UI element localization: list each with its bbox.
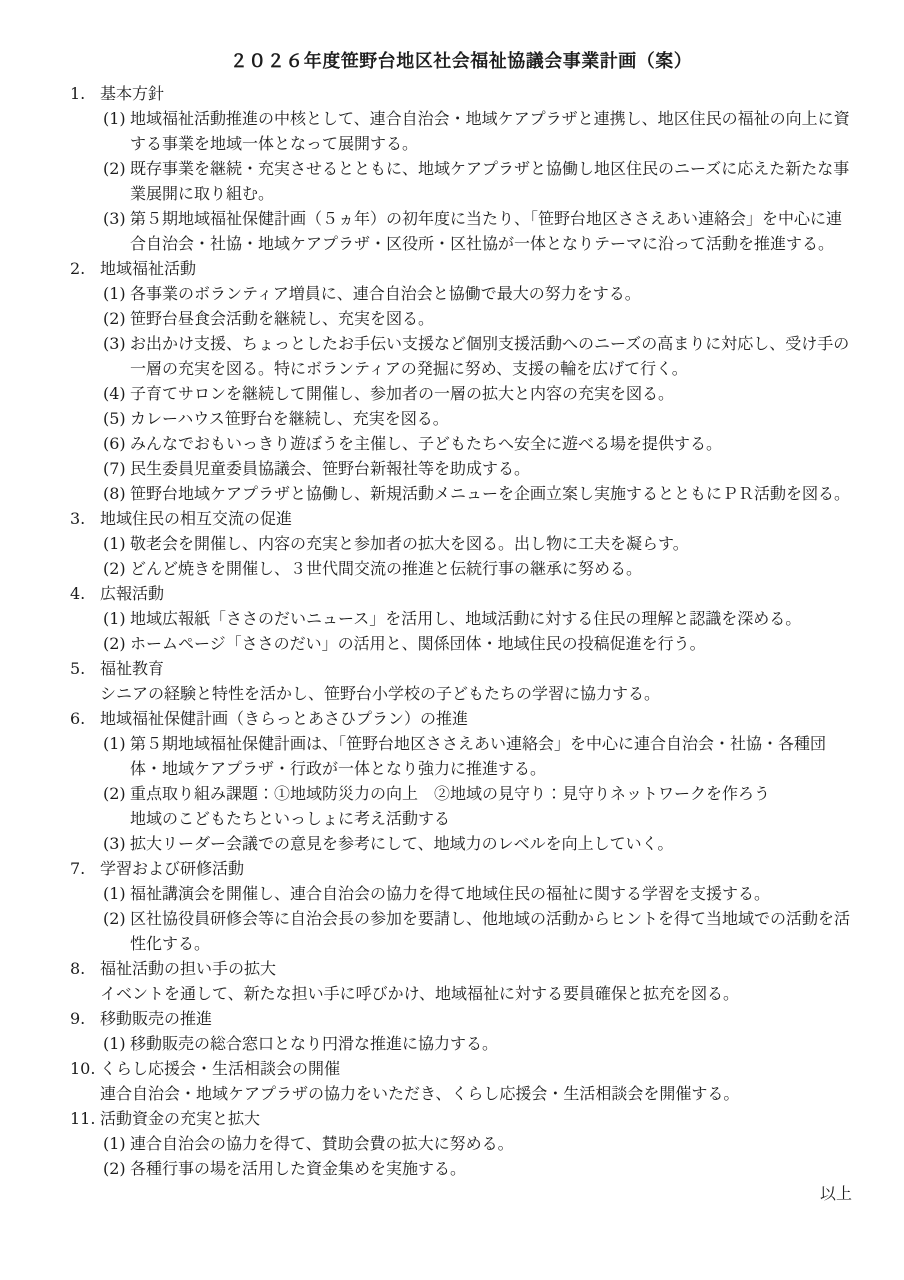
section-number: 11. — [70, 1106, 100, 1131]
section-number: 3. — [70, 506, 100, 531]
section-heading: 地域福祉保健計画（きらっとあさひプラン）の推進 — [100, 706, 852, 731]
item-text: 福祉講演会を開催し、連合自治会の協力を得て地域住民の福祉に関する学習を支援する。 — [130, 881, 852, 906]
item-label: (1) — [103, 1131, 130, 1156]
item-text: 重点取り組み課題：①地域防災力の向上 ②地域の見守り：見守りネットワークを作ろう… — [130, 781, 852, 831]
section-item: (8) 笹野台地域ケアプラザと協働し、新規活動メニューを企画立案し実施するととも… — [70, 481, 852, 506]
section-heading: 広報活動 — [100, 581, 852, 606]
item-label: (1) — [103, 606, 130, 631]
item-text: 敬老会を開催し、内容の充実と参加者の拡大を図る。出し物に工夫を凝らす。 — [130, 531, 852, 556]
section-10: 10. くらし応援会・生活相談会の開催 連合自治会・地域ケアプラザの協力をいただ… — [70, 1056, 852, 1106]
section-item: (2) 既存事業を継続・充実させるとともに、地域ケアプラザと協働し地区住民のニー… — [70, 156, 852, 206]
item-text: ホームページ「ささのだい」の活用と、関係団体・地域住民の投稿促進を行う。 — [130, 631, 852, 656]
item-label: (4) — [103, 381, 130, 406]
item-text: 拡大リーダー会議での意見を参考にして、地域力のレベルを向上していく。 — [130, 831, 852, 856]
section-heading: 学習および研修活動 — [100, 856, 852, 881]
section-number: 7. — [70, 856, 100, 881]
item-label: (1) — [103, 531, 130, 556]
section-11: 11. 活動資金の充実と拡大 (1) 連合自治会の協力を得て、賛助会費の拡大に努… — [70, 1106, 852, 1181]
item-label: (2) — [103, 156, 130, 206]
section-heading-row: 7. 学習および研修活動 — [70, 856, 852, 881]
item-text: お出かけ支援、ちょっとしたお手伝い支援など個別支援活動へのニーズの高まりに対応し… — [130, 331, 852, 381]
item-text: どんど焼きを開催し、３世代間交流の推進と伝統行事の継承に努める。 — [130, 556, 852, 581]
item-label: (3) — [103, 831, 130, 856]
section-number: 8. — [70, 956, 100, 981]
item-label: (1) — [103, 106, 130, 156]
section-item: (1) 地域広報紙「ささのだいニュース」を活用し、地域活動に対する住民の理解と認… — [70, 606, 852, 631]
item-text: 子育てサロンを継続して開催し、参加者の一層の拡大と内容の充実を図る。 — [130, 381, 852, 406]
item-label: (6) — [103, 431, 130, 456]
item-label: (2) — [103, 906, 130, 956]
document-content: ２０２６年度笹野台地区社会福祉協議会事業計画（案） 1. 基本方針 (1) 地域… — [0, 0, 904, 1206]
item-label: (2) — [103, 781, 130, 831]
item-label: (1) — [103, 1031, 130, 1056]
section-item: (2) 重点取り組み課題：①地域防災力の向上 ②地域の見守り：見守りネットワーク… — [70, 781, 852, 831]
section-5: 5. 福祉教育 シニアの経験と特性を活かし、笹野台小学校の子どもたちの学習に協力… — [70, 656, 852, 706]
section-heading-row: 6. 地域福祉保健計画（きらっとあさひプラン）の推進 — [70, 706, 852, 731]
item-text: カレーハウス笹野台を継続し、充実を図る。 — [130, 406, 852, 431]
section-item: (7) 民生委員児童委員協議会、笹野台新報社等を助成する。 — [70, 456, 852, 481]
closing-text: 以上 — [70, 1181, 852, 1206]
section-item: (3) 第５期地域福祉保健計画（５ヵ年）の初年度に当たり、「笹野台地区ささえあい… — [70, 206, 852, 256]
section-item: (3) お出かけ支援、ちょっとしたお手伝い支援など個別支援活動へのニーズの高まり… — [70, 331, 852, 381]
section-item: (1) 福祉講演会を開催し、連合自治会の協力を得て地域住民の福祉に関する学習を支… — [70, 881, 852, 906]
item-text: 民生委員児童委員協議会、笹野台新報社等を助成する。 — [130, 456, 852, 481]
section-number: 2. — [70, 256, 100, 281]
section-heading: 基本方針 — [100, 81, 852, 106]
item-label: (2) — [103, 306, 130, 331]
item-text: 第５期地域福祉保健計画（５ヵ年）の初年度に当たり、「笹野台地区ささえあい連絡会」… — [130, 206, 852, 256]
section-item: (2) 各種行事の場を活用した資金集めを実施する。 — [70, 1156, 852, 1181]
item-label: (3) — [103, 206, 130, 256]
section-item: (1) 各事業のボランティア増員に、連合自治会と協働で最大の努力をする。 — [70, 281, 852, 306]
section-6: 6. 地域福祉保健計画（きらっとあさひプラン）の推進 (1) 第５期地域福祉保健… — [70, 706, 852, 856]
item-label: (1) — [103, 881, 130, 906]
section-1: 1. 基本方針 (1) 地域福祉活動推進の中核として、連合自治会・地域ケアプラザ… — [70, 81, 852, 256]
item-text: 第５期地域福祉保健計画は、「笹野台地区ささえあい連絡会」を中心に連合自治会・社協… — [130, 731, 852, 781]
section-item: (1) 敬老会を開催し、内容の充実と参加者の拡大を図る。出し物に工夫を凝らす。 — [70, 531, 852, 556]
section-heading: 福祉教育 — [100, 656, 852, 681]
item-label: (8) — [103, 481, 130, 506]
document-title: ２０２６年度笹野台地区社会福祉協議会事業計画（案） — [70, 47, 852, 77]
item-text: 各種行事の場を活用した資金集めを実施する。 — [130, 1156, 852, 1181]
section-9: 9. 移動販売の推進 (1) 移動販売の総合窓口となり円滑な推進に協力する。 — [70, 1006, 852, 1056]
item-label: (2) — [103, 556, 130, 581]
section-heading-row: 9. 移動販売の推進 — [70, 1006, 852, 1031]
section-number: 5. — [70, 656, 100, 681]
section-8: 8. 福祉活動の担い手の拡大 イベントを通して、新たな担い手に呼びかけ、地域福祉… — [70, 956, 852, 1006]
section-heading-row: 3. 地域住民の相互交流の促進 — [70, 506, 852, 531]
item-text: 各事業のボランティア増員に、連合自治会と協働で最大の努力をする。 — [130, 281, 852, 306]
item-label: (2) — [103, 1156, 130, 1181]
item-text: 区社協役員研修会等に自治会長の参加を要請し、他地域の活動からヒントを得て当地域で… — [130, 906, 852, 956]
section-body: イベントを通して、新たな担い手に呼びかけ、地域福祉に対する要員確保と拡充を図る。 — [70, 981, 852, 1006]
item-text: 連合自治会の協力を得て、賛助会費の拡大に努める。 — [130, 1131, 852, 1156]
section-4: 4. 広報活動 (1) 地域広報紙「ささのだいニュース」を活用し、地域活動に対す… — [70, 581, 852, 656]
item-label: (1) — [103, 281, 130, 306]
section-item: (1) 移動販売の総合窓口となり円滑な推進に協力する。 — [70, 1031, 852, 1056]
section-item: (3) 拡大リーダー会議での意見を参考にして、地域力のレベルを向上していく。 — [70, 831, 852, 856]
item-label: (2) — [103, 631, 130, 656]
item-text: 笹野台地域ケアプラザと協働し、新規活動メニューを企画立案し実施するとともにＰＲ活… — [130, 481, 852, 506]
item-label: (1) — [103, 731, 130, 781]
section-number: 10. — [70, 1056, 100, 1081]
section-number: 9. — [70, 1006, 100, 1031]
section-heading-row: 8. 福祉活動の担い手の拡大 — [70, 956, 852, 981]
item-text: 既存事業を継続・充実させるとともに、地域ケアプラザと協働し地区住民のニーズに応え… — [130, 156, 852, 206]
item-text: 地域福祉活動推進の中核として、連合自治会・地域ケアプラザと連携し、地区住民の福祉… — [130, 106, 852, 156]
document-page: ２０２６年度笹野台地区社会福祉協議会事業計画（案） 1. 基本方針 (1) 地域… — [0, 0, 904, 1280]
section-heading-row: 5. 福祉教育 — [70, 656, 852, 681]
section-body: シニアの経験と特性を活かし、笹野台小学校の子どもたちの学習に協力する。 — [70, 681, 852, 706]
section-item: (4) 子育てサロンを継続して開催し、参加者の一層の拡大と内容の充実を図る。 — [70, 381, 852, 406]
section-item: (6) みんなでおもいっきり遊ぼうを主催し、子どもたちへ安全に遊べる場を提供する… — [70, 431, 852, 456]
item-text: 笹野台昼食会活動を継続し、充実を図る。 — [130, 306, 852, 331]
section-item: (2) ホームページ「ささのだい」の活用と、関係団体・地域住民の投稿促進を行う。 — [70, 631, 852, 656]
section-item: (1) 地域福祉活動推進の中核として、連合自治会・地域ケアプラザと連携し、地区住… — [70, 106, 852, 156]
section-item: (5) カレーハウス笹野台を継続し、充実を図る。 — [70, 406, 852, 431]
section-number: 6. — [70, 706, 100, 731]
section-heading-row: 4. 広報活動 — [70, 581, 852, 606]
section-number: 1. — [70, 81, 100, 106]
section-item: (1) 連合自治会の協力を得て、賛助会費の拡大に努める。 — [70, 1131, 852, 1156]
section-heading: 地域住民の相互交流の促進 — [100, 506, 852, 531]
section-body: 連合自治会・地域ケアプラザの協力をいただき、くらし応援会・生活相談会を開催する。 — [70, 1081, 852, 1106]
item-text: 移動販売の総合窓口となり円滑な推進に協力する。 — [130, 1031, 852, 1056]
section-item: (2) 笹野台昼食会活動を継続し、充実を図る。 — [70, 306, 852, 331]
item-text: 地域広報紙「ささのだいニュース」を活用し、地域活動に対する住民の理解と認識を深め… — [130, 606, 852, 631]
section-7: 7. 学習および研修活動 (1) 福祉講演会を開催し、連合自治会の協力を得て地域… — [70, 856, 852, 956]
section-heading: 移動販売の推進 — [100, 1006, 852, 1031]
section-3: 3. 地域住民の相互交流の促進 (1) 敬老会を開催し、内容の充実と参加者の拡大… — [70, 506, 852, 581]
section-heading-row: 11. 活動資金の充実と拡大 — [70, 1106, 852, 1131]
section-2: 2. 地域福祉活動 (1) 各事業のボランティア増員に、連合自治会と協働で最大の… — [70, 256, 852, 506]
section-heading: 活動資金の充実と拡大 — [100, 1106, 852, 1131]
section-item: (2) 区社協役員研修会等に自治会長の参加を要請し、他地域の活動からヒントを得て… — [70, 906, 852, 956]
item-label: (3) — [103, 331, 130, 381]
section-item: (1) 第５期地域福祉保健計画は、「笹野台地区ささえあい連絡会」を中心に連合自治… — [70, 731, 852, 781]
item-label: (7) — [103, 456, 130, 481]
item-text: みんなでおもいっきり遊ぼうを主催し、子どもたちへ安全に遊べる場を提供する。 — [130, 431, 852, 456]
section-number: 4. — [70, 581, 100, 606]
section-heading-row: 2. 地域福祉活動 — [70, 256, 852, 281]
section-heading-row: 10. くらし応援会・生活相談会の開催 — [70, 1056, 852, 1081]
section-heading: くらし応援会・生活相談会の開催 — [100, 1056, 852, 1081]
section-heading: 福祉活動の担い手の拡大 — [100, 956, 852, 981]
section-item: (2) どんど焼きを開催し、３世代間交流の推進と伝統行事の継承に努める。 — [70, 556, 852, 581]
item-label: (5) — [103, 406, 130, 431]
section-heading: 地域福祉活動 — [100, 256, 852, 281]
section-heading-row: 1. 基本方針 — [70, 81, 852, 106]
